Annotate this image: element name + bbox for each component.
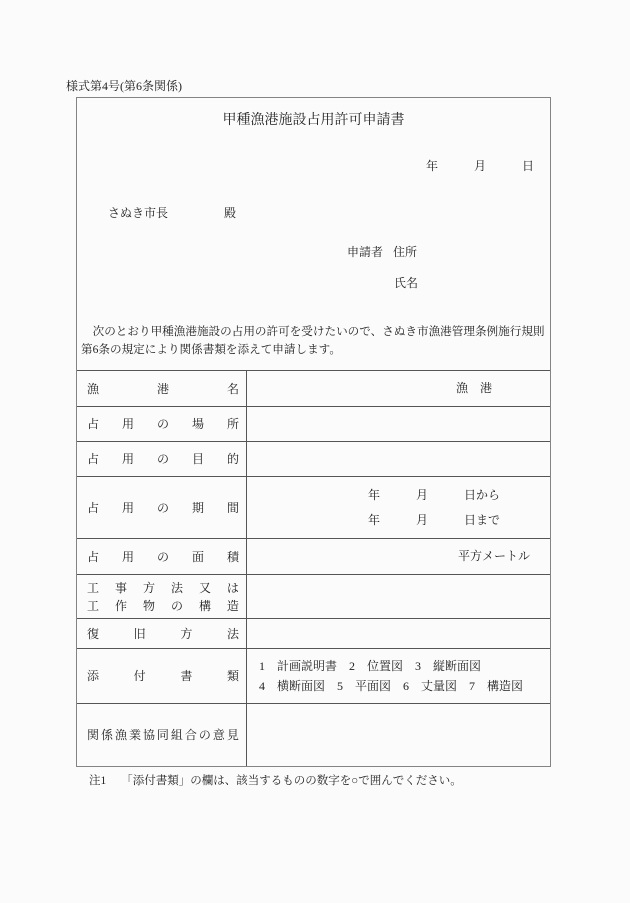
label-cell: 工事方法又は 工作物の構造 — [77, 575, 247, 618]
form-number-label: 様式第4号(第6条関係) — [66, 79, 182, 93]
row-label-line-1: 工事方法又は — [87, 581, 239, 595]
row-occupancy-place: 占用の場所 — [77, 406, 550, 441]
period-from-line: 年 月 日から — [247, 488, 500, 502]
value-cell — [247, 407, 550, 441]
document-title: 甲種漁港施設占用許可申請書 — [77, 113, 550, 130]
row-label: 占用の面積 — [87, 550, 239, 564]
value-cell: 漁 港 — [247, 371, 550, 406]
applicant-line: 申請者住所 — [347, 245, 417, 259]
value-cell: 平方メートル — [247, 539, 550, 574]
addressee-name: さぬき市長 — [108, 206, 168, 220]
label-cell: 添付書類 — [77, 649, 247, 703]
value-cell: 年 月 日から 年 月 日まで — [247, 477, 550, 538]
attachments-line-1: 1 計画説明書 2 位置図 3 縦断面図 — [259, 659, 550, 673]
row-label: 占用の場所 — [87, 417, 239, 431]
application-statement: 次のとおり甲種漁港施設の占用の許可を受けたいので、さぬき市漁港管理条例施行規則 … — [81, 323, 547, 359]
period-to-line: 年 月 日まで — [247, 513, 500, 527]
row-label-line-2: 工作物の構造 — [87, 599, 239, 613]
label-cell: 漁港名 — [77, 371, 247, 406]
footnote-number: 注1 — [89, 775, 106, 787]
address-label: 住所 — [393, 245, 417, 259]
honorific-label: 殿 — [224, 206, 236, 220]
row-label: 関係漁業協同組合の意見 — [87, 728, 239, 742]
addressee-line: さぬき市長殿 — [108, 206, 236, 220]
row-construction-method: 工事方法又は 工作物の構造 — [77, 574, 550, 618]
row-cooperative-opinion: 関係漁業協同組合の意見 — [77, 703, 550, 766]
value-cell — [247, 704, 550, 766]
row-label: 占用の目的 — [87, 452, 239, 466]
value-cell — [247, 619, 550, 648]
label-cell: 関係漁業協同組合の意見 — [77, 704, 247, 766]
row-fishing-port-name: 漁港名 漁 港 — [77, 371, 550, 406]
row-occupancy-period: 占用の期間 年 月 日から 年 月 日まで — [77, 476, 550, 538]
document-page: 様式第4号(第6条関係) 甲種漁港施設占用許可申請書 年 月 日 さぬき市長殿 … — [0, 0, 630, 903]
label-cell: 占用の目的 — [77, 442, 247, 476]
footnote: 注1「添付書類」の欄は、該当するものの数字を○で囲んでください。 — [89, 775, 462, 789]
attachments-line-2: 4 横断面図 5 平面図 6 丈量図 7 構造図 — [259, 679, 550, 693]
name-label: 氏名 — [394, 276, 418, 290]
row-label: 復旧方法 — [87, 627, 239, 641]
row-label: 添付書類 — [87, 669, 239, 683]
row-label: 漁港名 — [87, 382, 239, 396]
statement-line-2: 第6条の規定により関係書類を添えて申請します。 — [81, 341, 547, 359]
footnote-text: 「添付書類」の欄は、該当するものの数字を○で囲んでください。 — [121, 775, 461, 787]
row-occupancy-area: 占用の面積 平方メートル — [77, 538, 550, 574]
applicant-label: 申請者 — [347, 245, 383, 259]
application-form-box: 甲種漁港施設占用許可申請書 年 月 日 さぬき市長殿 申請者住所 氏名 次のとお… — [76, 97, 551, 767]
label-cell: 占用の場所 — [77, 407, 247, 441]
date-line: 年 月 日 — [426, 159, 534, 173]
row-occupancy-purpose: 占用の目的 — [77, 441, 550, 476]
application-table: 漁港名 漁 港 占用の場所 占用の目的 占用の期間 — [77, 370, 550, 766]
value-cell: 1 計画説明書 2 位置図 3 縦断面図 4 横断面図 5 平面図 6 丈量図 … — [247, 649, 550, 703]
value-cell — [247, 575, 550, 618]
row-restoration-method: 復旧方法 — [77, 618, 550, 648]
label-cell: 占用の期間 — [77, 477, 247, 538]
fishing-port-suffix: 漁 港 — [247, 381, 492, 395]
row-label: 占用の期間 — [87, 501, 239, 515]
row-attached-documents: 添付書類 1 計画説明書 2 位置図 3 縦断面図 4 横断面図 5 平面図 6… — [77, 648, 550, 703]
label-cell: 占用の面積 — [77, 539, 247, 574]
area-unit-label: 平方メートル — [247, 549, 530, 563]
value-cell — [247, 442, 550, 476]
label-cell: 復旧方法 — [77, 619, 247, 648]
statement-line-1: 次のとおり甲種漁港施設の占用の許可を受けたいので、さぬき市漁港管理条例施行規則 — [81, 323, 547, 341]
